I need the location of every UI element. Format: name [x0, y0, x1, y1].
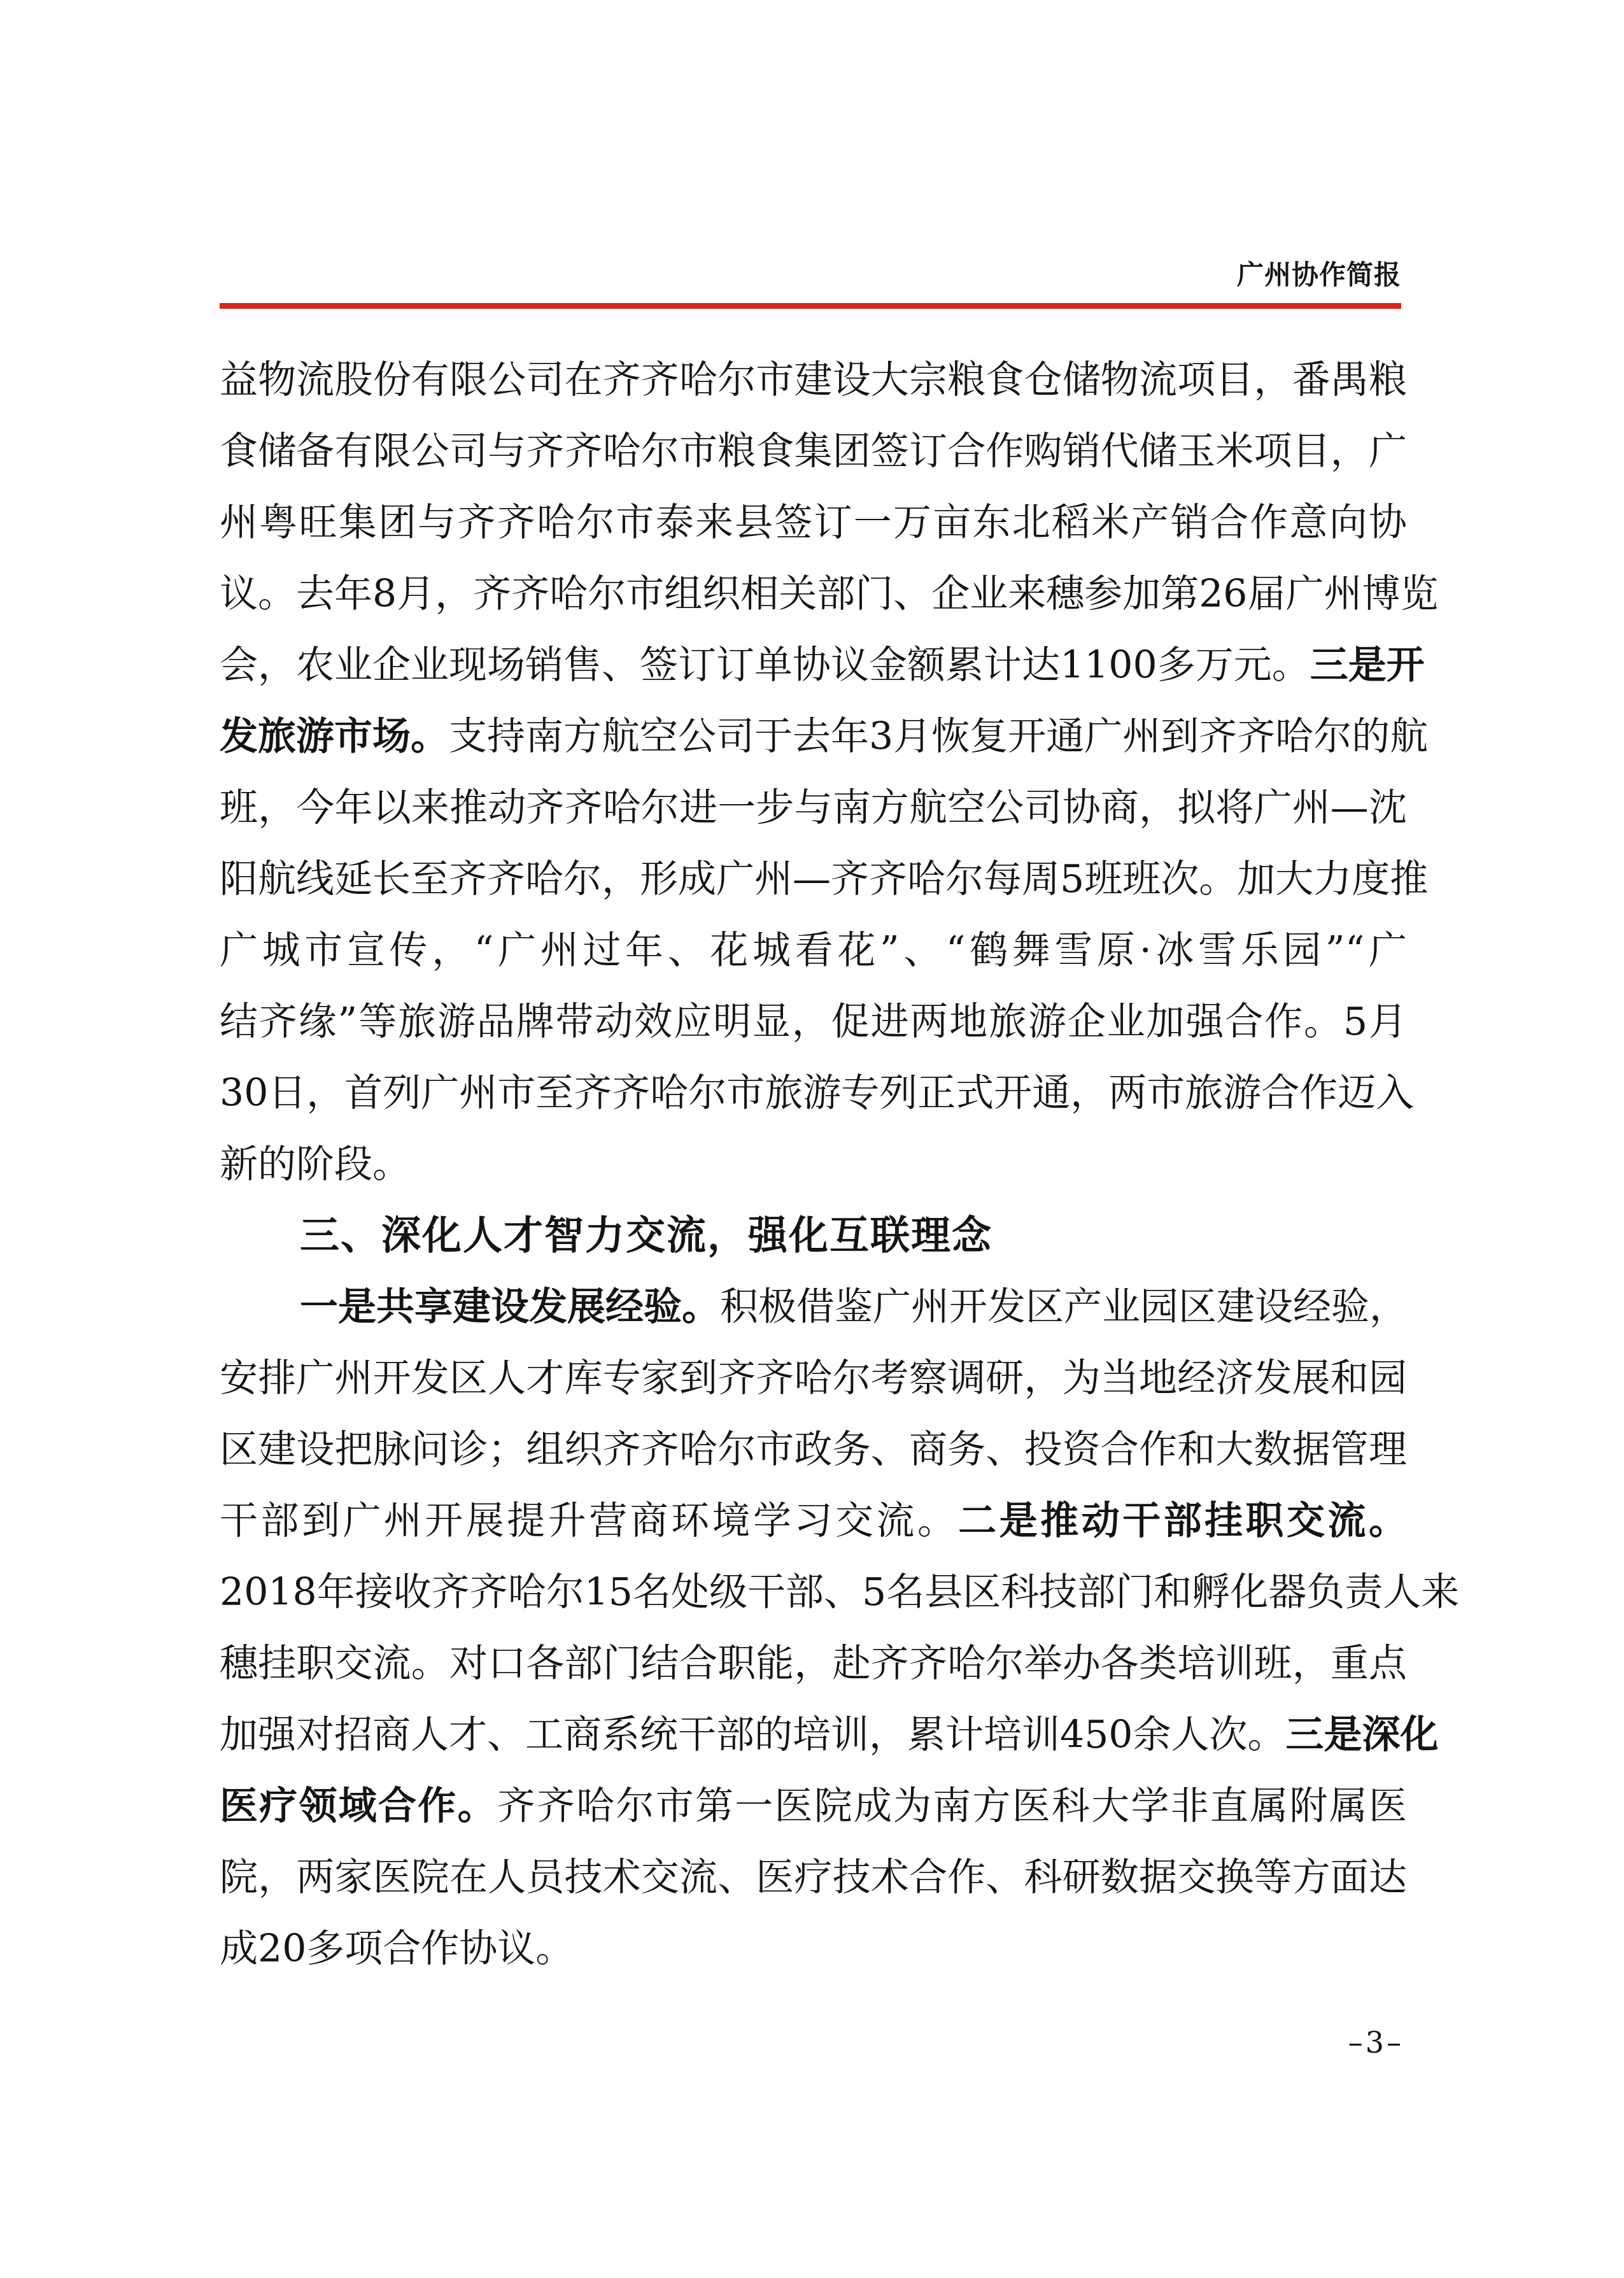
text-segment: 结齐缘”等旅游品牌带动效应明显，促进两地旅游企业加强合作。5月 — [220, 1000, 1407, 1044]
body-line: 2018年接收齐齐哈尔15名处级干部、5名县区科技部门和孵化器负责人来 — [220, 1557, 1407, 1628]
text-segment: 一是共享建设发展经验。 — [300, 1285, 720, 1329]
body-line: 阳航线延长至齐齐哈尔，形成广州—齐齐哈尔每周5班班次。加大力度推 — [220, 844, 1407, 915]
text-segment: 干部到广州开展提升营商环境学习交流。 — [220, 1499, 958, 1543]
text-segment: 医疗领域合作。 — [220, 1784, 497, 1829]
body-line: 区建设把脉问诊；组织齐齐哈尔市政务、商务、投资合作和大数据管理 — [220, 1414, 1407, 1485]
text-segment: 院，两家医院在人员技术交流、医疗技术合作、科研数据交换等方面达 — [220, 1855, 1407, 1900]
body-line: 结齐缘”等旅游品牌带动效应明显，促进两地旅游企业加强合作。5月 — [220, 986, 1407, 1058]
text-segment: 30日，首列广州市至齐齐哈尔市旅游专列正式开通，两市旅游合作迈入 — [220, 1071, 1414, 1115]
text-segment: 成20多项合作协议。 — [220, 1927, 574, 1971]
body-line: 广城市宣传，“广州过年、花城看花”、“鹤舞雪原·冰雪乐园”“广 — [220, 915, 1407, 986]
body-line: 安排广州开发区人才库专家到齐齐哈尔考察调研，为当地经济发展和园 — [220, 1343, 1407, 1414]
text-segment: 州粤旺集团与齐齐哈尔市泰来县签订一万亩东北稻米产销合作意向协 — [220, 500, 1407, 545]
text-segment: 新的阶段。 — [220, 1142, 411, 1187]
text-segment: 2018年接收齐齐哈尔15名处级干部、5名县区科技部门和孵化器负责人来 — [220, 1570, 1459, 1615]
text-segment: 二是推动干部挂职交流。 — [958, 1499, 1407, 1543]
text-segment: 广城市宣传，“广州过年、花城看花”、“鹤舞雪原·冰雪乐园”“广 — [220, 928, 1407, 973]
text-segment: 支持南方航空公司于去年3月恢复开通广州到齐齐哈尔的航 — [449, 714, 1428, 759]
text-segment: 区建设把脉问诊；组织齐齐哈尔市政务、商务、投资合作和大数据管理 — [220, 1427, 1407, 1472]
text-segment: 安排广州开发区人才库专家到齐齐哈尔考察调研，为当地经济发展和园 — [220, 1356, 1407, 1401]
body-line: 会，农业企业现场销售、签订订单协议金额累计达1100多万元。三是开 — [220, 630, 1407, 701]
text-segment: 益物流股份有限公司在齐齐哈尔市建设大宗粮食仓储物流项目，番禺粮 — [220, 358, 1407, 402]
text-segment: 阳航线延长至齐齐哈尔，形成广州—齐齐哈尔每周5班班次。加大力度推 — [220, 857, 1428, 902]
text-segment: 三、深化人才智力交流，强化互联理念 — [300, 1212, 992, 1259]
text-segment: 齐齐哈尔市第一医院成为南方医科大学非直属附属医 — [497, 1784, 1407, 1829]
text-segment: 发旅游市场。 — [220, 714, 449, 759]
text-segment: 三是开 — [1310, 643, 1425, 688]
text-segment: 加强对招商人才、工商系统干部的培训，累计培训450余人次。 — [220, 1713, 1286, 1757]
header-rule-divider — [220, 303, 1401, 309]
body-line: 医疗领域合作。齐齐哈尔市第一医院成为南方医科大学非直属附属医 — [220, 1771, 1407, 1842]
text-segment: 穗挂职交流。对口各部门结合职能，赴齐齐哈尔举办各类培训班，重点 — [220, 1641, 1407, 1686]
body-line: 新的阶段。 — [220, 1129, 1407, 1200]
body-line: 班，今年以来推动齐齐哈尔进一步与南方航空公司协商，拟将广州—沈 — [220, 772, 1407, 844]
body-line: 发旅游市场。支持南方航空公司于去年3月恢复开通广州到齐齐哈尔的航 — [220, 701, 1407, 772]
text-segment: 班，今年以来推动齐齐哈尔进一步与南方航空公司协商，拟将广州—沈 — [220, 786, 1407, 830]
document-page: 广州协作简报 益物流股份有限公司在齐齐哈尔市建设大宗粮食仓储物流项目，番禺粮食储… — [0, 0, 1624, 2278]
body-line: 一是共享建设发展经验。积极借鉴广州开发区产业园区建设经验， — [220, 1271, 1407, 1343]
text-segment: 三是深化 — [1286, 1713, 1439, 1757]
body-line: 加强对招商人才、工商系统干部的培训，累计培训450余人次。三是深化 — [220, 1699, 1407, 1771]
body-line: 院，两家医院在人员技术交流、医疗技术合作、科研数据交换等方面达 — [220, 1842, 1407, 1913]
body-line: 30日，首列广州市至齐齐哈尔市旅游专列正式开通，两市旅游合作迈入 — [220, 1058, 1407, 1129]
body-line: 益物流股份有限公司在齐齐哈尔市建设大宗粮食仓储物流项目，番禺粮 — [220, 344, 1407, 416]
bulletin-header-title: 广州协作简报 — [220, 256, 1401, 294]
text-segment: 议。去年8月，齐齐哈尔市组织相关部门、企业来穗参加第26届广州博览 — [220, 572, 1439, 616]
body-line: 议。去年8月，齐齐哈尔市组织相关部门、企业来穗参加第26届广州博览 — [220, 558, 1407, 630]
body-line: 干部到广州开展提升营商环境学习交流。二是推动干部挂职交流。 — [220, 1485, 1407, 1557]
text-segment: 食储备有限公司与齐齐哈尔市粮食集团签订合作购销代储玉米项目，广 — [220, 429, 1407, 474]
document-body: 益物流股份有限公司在齐齐哈尔市建设大宗粮食仓储物流项目，番禺粮食储备有限公司与齐… — [220, 344, 1407, 1984]
body-line: 州粤旺集团与齐齐哈尔市泰来县签订一万亩东北稻米产销合作意向协 — [220, 487, 1407, 558]
body-line: 食储备有限公司与齐齐哈尔市粮食集团签订合作购销代储玉米项目，广 — [220, 416, 1407, 487]
body-line: 穗挂职交流。对口各部门结合职能，赴齐齐哈尔举办各类培训班，重点 — [220, 1628, 1407, 1699]
page-number: –3– — [220, 2023, 1404, 2062]
section-heading: 三、深化人才智力交流，强化互联理念 — [220, 1200, 1407, 1271]
text-segment: 积极借鉴广州开发区产业园区建设经验， — [720, 1285, 1408, 1329]
body-line: 成20多项合作协议。 — [220, 1913, 1407, 1984]
text-segment: 会，农业企业现场销售、签订订单协议金额累计达1100多万元。 — [220, 643, 1310, 688]
